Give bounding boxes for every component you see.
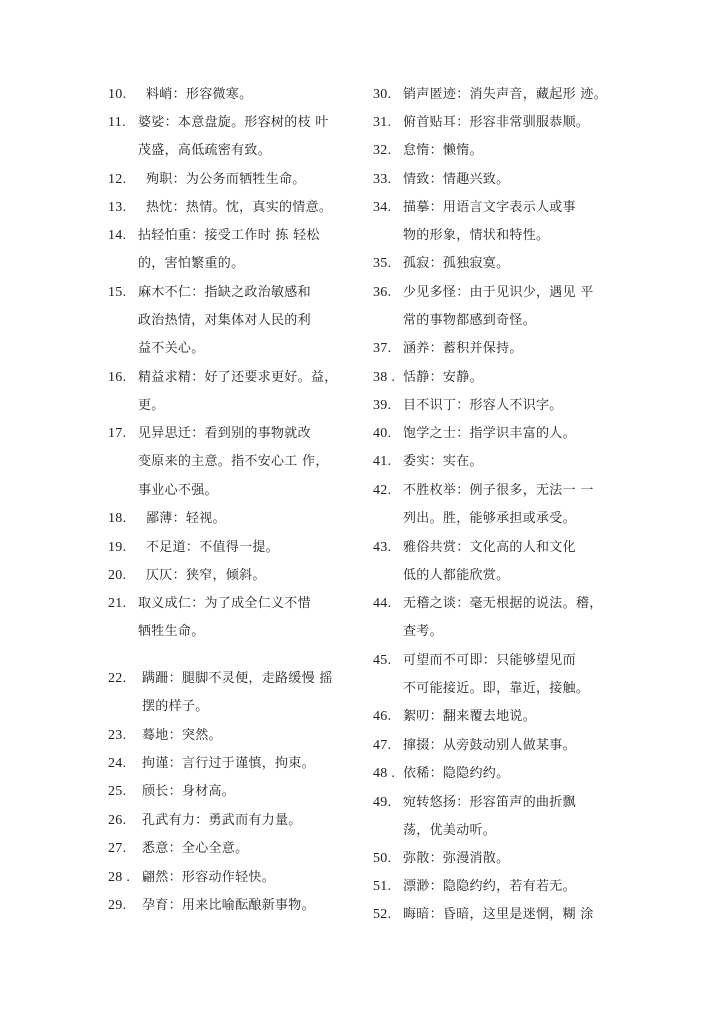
entry-number: 20.: [108, 566, 142, 586]
document-page: 10.料峭：形容微寒。11.婆娑：本意盘旋。形容树的枝 叶茂盛，高低疏密有致。1…: [0, 0, 724, 1024]
entry-text: 少见多怪：由于见识少，遇见 平: [403, 283, 594, 303]
entry-number: 21.: [108, 594, 142, 614]
entry-number: 37.: [373, 339, 407, 359]
entry-number: 47.: [373, 736, 407, 756]
entry-text: 目不识丁：形容人不识字。: [403, 396, 563, 416]
entry-number: 23.: [108, 726, 142, 746]
entry-text: 仄仄：狭窄，倾斜。: [146, 566, 266, 586]
entry-text: 委实：实在。: [403, 452, 483, 472]
entry-text: 见异思迁：看到别的事物就改: [138, 424, 311, 444]
entry-text: 的，害怕繁重的。: [138, 254, 244, 274]
entry-text: 颀长：身材高。: [142, 782, 235, 802]
entry-number: 36.: [373, 283, 407, 303]
entry-text: 取义成仁：为了成全仁义不惜: [138, 594, 311, 614]
entry-text: 依稀：隐隐约约。: [403, 764, 509, 784]
entry-text: 描摹：用语言文字表示人或事: [403, 198, 576, 218]
entry-text: 事业心不强。: [138, 481, 218, 501]
entry-number: 27.: [108, 839, 142, 859]
entry-number: 35.: [373, 254, 407, 274]
entry-text: 晦暗：昏暗，这里是迷惘，糊 涂: [403, 905, 594, 925]
entry-text: 变原来的主意。指不安心工 作，: [138, 452, 329, 472]
entry-text: 婆娑：本意盘旋。形容树的枝 叶: [138, 113, 329, 133]
entry-number: 41.: [373, 452, 407, 472]
entry-number: 30.: [373, 85, 407, 105]
entry-text: 茂盛，高低疏密有致。: [138, 141, 271, 161]
entry-number: 46.: [373, 707, 407, 727]
entry-number: 29.: [108, 896, 142, 916]
entry-number: 28 .: [108, 868, 142, 888]
entry-text: 物的形象，情状和特性。: [403, 226, 549, 246]
entry-number: 34.: [373, 198, 407, 218]
entry-text: 无稽之谈：毫无根据的说法。稽，: [403, 594, 603, 614]
entry-number: 39.: [373, 396, 407, 416]
entry-text: 拘谨：言行过于谨慎，拘束。: [142, 754, 315, 774]
entry-text: 情致：情趣兴致。: [403, 170, 509, 190]
entry-number: 25.: [108, 782, 142, 802]
entry-number: 18.: [108, 509, 142, 529]
entry-text: 漂渺：隐隐约约，若有若无。: [403, 877, 576, 897]
entry-number: 40.: [373, 424, 407, 444]
entry-text: 怠惰：懒惰。: [403, 141, 483, 161]
entry-text: 孕育：用来比喻酝酿新事物。: [142, 896, 315, 916]
entry-number: 17.: [108, 424, 142, 444]
entry-text: 料峭：形容微寒。: [146, 85, 252, 105]
entry-number: 19.: [108, 538, 142, 558]
entry-text: 殉职：为公务而牺牲生命。: [146, 170, 306, 190]
entry-text: 低的人都能欣赏。: [403, 566, 509, 586]
entry-number: 50.: [373, 849, 407, 869]
entry-number: 10.: [108, 85, 142, 105]
entry-text: 饱学之士：指学识丰富的人。: [403, 424, 576, 444]
entry-text: 热忱：热情。忱，真实的情意。: [146, 198, 332, 218]
entry-text: 絮叨：翻来覆去地说。: [403, 707, 536, 727]
entry-number: 22.: [108, 669, 142, 689]
entry-text: 不胜枚举：例子很多，无法一 一: [403, 481, 594, 501]
entry-number: 16.: [108, 368, 142, 388]
entry-text: 蓦地：突然。: [142, 726, 222, 746]
entry-text: 悉意：全心全意。: [142, 839, 248, 859]
entry-text: 列出。胜，能够承担或承受。: [403, 509, 576, 529]
entry-text: 撺掇：从旁鼓动别人做某事。: [403, 736, 576, 756]
entry-text: 精益求精：好了还要求更好。益，: [138, 368, 338, 388]
entry-text: 摆的样子。: [142, 697, 209, 717]
entry-number: 51.: [373, 877, 407, 897]
entry-text: 孔武有力：勇武而有力量。: [142, 811, 302, 831]
entry-text: 拈轻怕重：接受工作时 拣 轻松: [138, 226, 320, 246]
entry-number: 31.: [373, 113, 407, 133]
entry-text: 蹒跚：腿脚不灵便，走路缓慢 摇: [142, 669, 333, 689]
entry-text: 益不关心。: [138, 339, 205, 359]
entry-text: 涵养：蓄积并保持。: [403, 339, 523, 359]
entry-text: 可望而不可即：只能够望见而: [403, 651, 576, 671]
entry-number: 48 .: [373, 764, 407, 784]
entry-number: 38 .: [373, 368, 407, 388]
entry-text: 恬静：安静。: [403, 368, 483, 388]
entry-text: 常的事物都感到奇怪。: [403, 311, 536, 331]
entry-number: 32.: [373, 141, 407, 161]
entry-text: 孤寂：孤独寂寞。: [403, 254, 509, 274]
entry-text: 不可能接近。即，靠近，接触。: [403, 679, 589, 699]
entry-text: 销声匿迹：消失声音，藏起形 迹。: [403, 85, 607, 105]
entry-text: 不足道：不值得一提。: [146, 538, 279, 558]
entry-text: 更。: [138, 396, 165, 416]
entry-text: 荡，优美动听。: [403, 821, 496, 841]
entry-text: 政治热情，对集体对人民的利: [138, 311, 311, 331]
entry-text: 宛转悠扬：形容笛声的曲折飘: [403, 793, 576, 813]
entry-text: 查考。: [403, 622, 443, 642]
entry-number: 12.: [108, 170, 142, 190]
entry-text: 翩然：形容动作轻快。: [142, 868, 275, 888]
entry-number: 24.: [108, 754, 142, 774]
entry-number: 42.: [373, 481, 407, 501]
entry-number: 49.: [373, 793, 407, 813]
entry-text: 雅俗共赏：文化高的人和文化: [403, 538, 576, 558]
entry-text: 鄙薄：轻视。: [146, 509, 226, 529]
entry-text: 牺牲生命。: [138, 622, 205, 642]
entry-number: 14.: [108, 226, 142, 246]
entry-text: 俯首贴耳：形容非常驯服恭顺。: [403, 113, 589, 133]
entry-number: 52.: [373, 905, 407, 925]
entry-text: 弥散：弥漫消散。: [403, 849, 509, 869]
entry-number: 44.: [373, 594, 407, 614]
entry-number: 15.: [108, 283, 142, 303]
entry-number: 26.: [108, 811, 142, 831]
entry-number: 43.: [373, 538, 407, 558]
entry-number: 33.: [373, 170, 407, 190]
entry-number: 45.: [373, 651, 407, 671]
entry-number: 11.: [108, 113, 142, 133]
entry-number: 13.: [108, 198, 142, 218]
entry-text: 麻木不仁：指缺之政治敏感和: [138, 283, 311, 303]
